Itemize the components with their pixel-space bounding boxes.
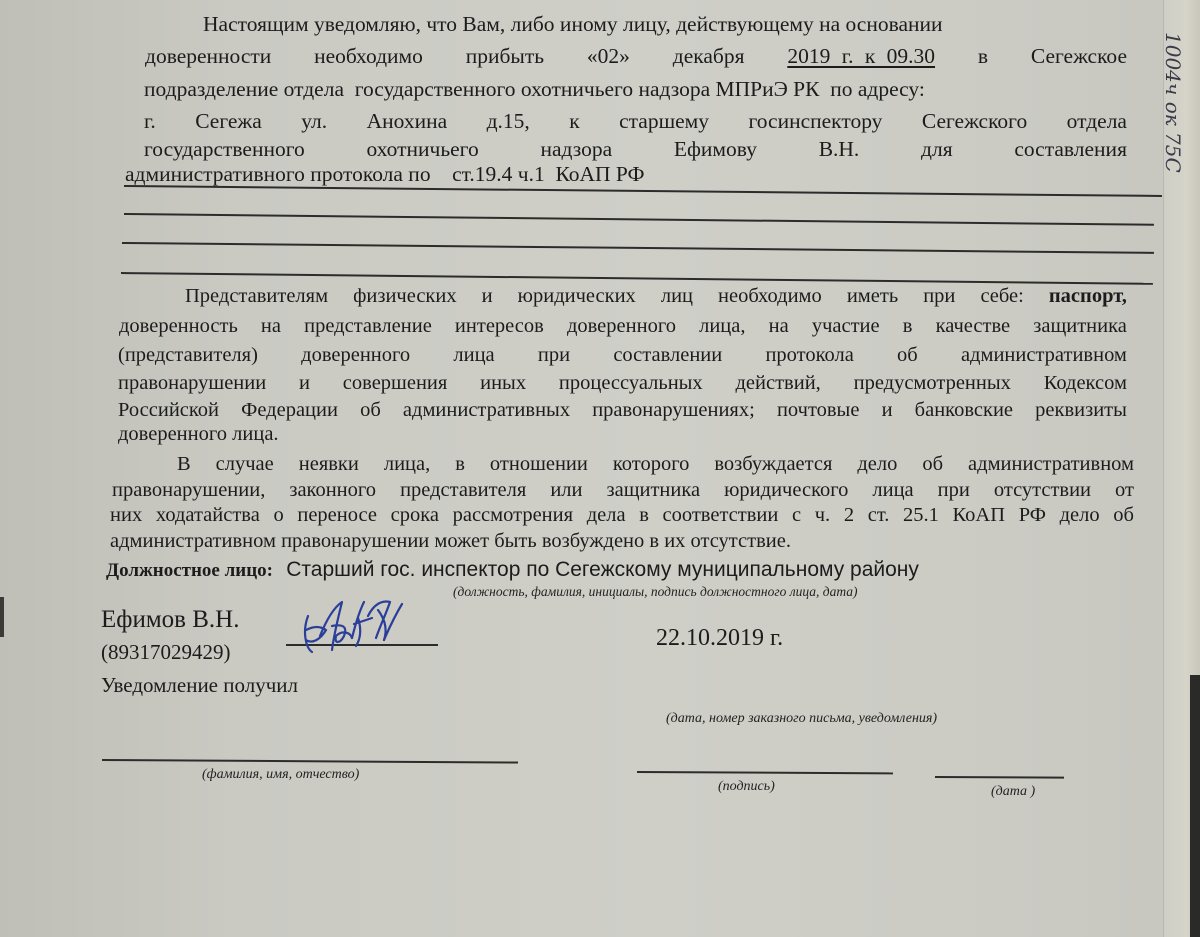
appointment-year-time: 2019 г. к 09.30 (787, 44, 935, 68)
official-date: 22.10.2019 г. (656, 624, 783, 652)
p3-line-4: административном правонарушении может бы… (110, 529, 791, 553)
official-phone: (89317029429) (101, 640, 231, 664)
p3-line-2: правонарушении, законного представителя … (112, 478, 1134, 502)
p3-line-3: них ходатайства о переносе срока рассмот… (110, 503, 1134, 527)
p2-line-4: правонарушении и совершения иных процесс… (118, 371, 1127, 395)
official-signature-icon (298, 596, 408, 658)
p2-line-5: Российской Федерации об административных… (118, 398, 1127, 422)
official-surname: Ефимову (674, 137, 757, 161)
date-caption: (дата ) (991, 784, 1035, 800)
p1-line-3: подразделение отдела государственного ох… (144, 77, 925, 101)
p2-line-1: Представителям физических и юридических … (185, 284, 1127, 308)
signature-caption: (подпись) (718, 779, 775, 795)
p2-line-6: доверенного лица. (118, 422, 279, 446)
p1-line-1: Настоящим уведомляю, что Вам, либо иному… (203, 12, 943, 36)
passport-requirement: паспорт, (1049, 284, 1127, 308)
p2-line-2: доверенность на представление интересов … (119, 314, 1127, 338)
p1-line-2: доверенности необходимо прибыть «02» дек… (145, 44, 1127, 68)
background-edge (1190, 675, 1200, 937)
official-caption: (должность, фамилия, инициалы, подпись д… (453, 584, 858, 600)
appointment-day: «02» (587, 44, 630, 68)
receipt-label: Уведомление получил (101, 673, 298, 697)
fio-caption: (фамилия, имя, отчество) (202, 767, 359, 783)
p2-line-3: (представителя) доверенного лица при сос… (118, 343, 1127, 367)
margin-handwritten-note: 1004ч ок 75С (1161, 32, 1185, 173)
official-name: Ефимов В.Н. (101, 606, 239, 634)
receipt-letter-caption: (дата, номер заказного письма, уведомлен… (666, 711, 937, 727)
p3-line-1: В случае неявки лица, в отношении которо… (177, 452, 1134, 476)
official-label: Должностное лицо: (106, 560, 273, 581)
p1-line-4: г. Сегежа ул. Анохина д.15, к старшему г… (144, 109, 1127, 133)
official-position: Старший гос. инспектор по Сегежскому мун… (286, 558, 919, 581)
background-edge-left (0, 597, 4, 637)
official-row: Должностное лицо: Старший гос. инспектор… (106, 557, 919, 583)
appointment-month: декабря (673, 44, 745, 68)
p1-line-5: государственного охотничьего надзора Ефи… (144, 137, 1127, 161)
p1-line-6-article: административного протокола по ст.19.4 ч… (125, 162, 644, 186)
